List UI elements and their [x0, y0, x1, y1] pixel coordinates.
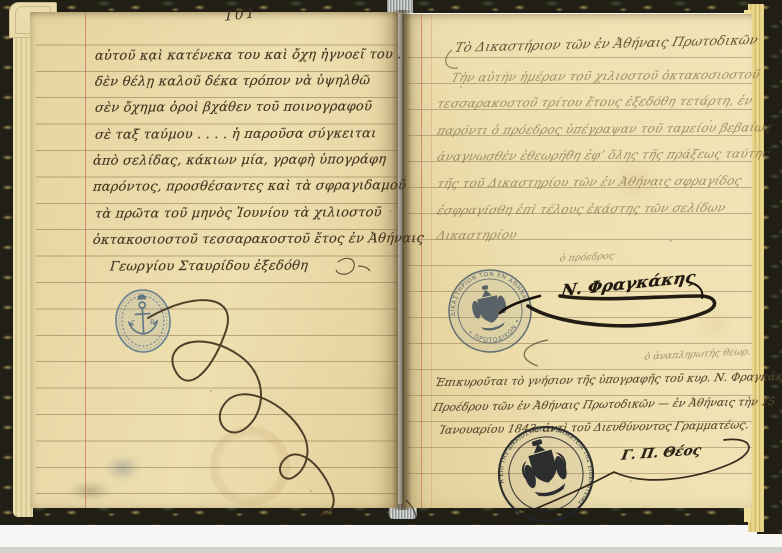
stamp-bleedthrough-ghost — [210, 426, 290, 506]
manuscript-line-faded: τῆς τοῦ Δικαστηρίου τῶν ἐν Ἀθήναις σφραγ… — [436, 174, 744, 189]
manuscript-line: ὀκτακοσιοστοῦ τεσσαρακοστοῦ ἔτος ἐν Ἀθήν… — [92, 232, 424, 247]
manuscript-line: αὐτοῦ καὶ κατένεκα του καὶ ὄχη ἠγνοεῖ το… — [94, 48, 402, 63]
manuscript-line-faded: ἀναγνωσθὲν ἐθεωρήθη ἐφ’ ὅλης τῆς πράξεως… — [436, 147, 771, 162]
scanner-edge-band — [0, 547, 782, 553]
manuscript-line: Γεωργίου Σταυρίδου ἐξεδόθη — [109, 259, 308, 273]
page-number: 101 — [224, 6, 257, 24]
anchor-seal-stamp: Γ Ρ — [110, 284, 176, 357]
margin-line-right-page — [421, 14, 422, 508]
manuscript-line-faded: τεσσαρακοστοῦ τρίτου ἔτους ἐξεδόθη τετάρ… — [436, 94, 754, 109]
grey-smudge — [60, 478, 120, 504]
manuscript-line-faded: παρόντι ὁ πρόεδρος ὑπέγραψαν τοῦ ταμείου… — [436, 121, 774, 136]
foxing-stain — [690, 300, 740, 346]
seal-letter-right: Ρ — [150, 318, 155, 326]
manuscript-line: σὲ ταξ ταύμου . . . . ἡ παροῦσα σύγκειτα… — [94, 127, 377, 141]
manuscript-line: ἀπὸ σελίδας, κάκιων μία, γραφὴ ὑπογράφη — [92, 153, 387, 168]
manuscript-line: δὲν θέλῃ καλοῦ δέκα τρόπον νὰ ὑψηλθῶ — [94, 74, 371, 88]
closing-word: Δικαστηρίου — [435, 229, 519, 242]
court-stamp: ΔΙΚΑΣΤΗΡΙΟΝ ΤΩΝ ΕΝ ΑΘΗΝΑΙΣ • ΠΡΩΤΟΔΙΚΩΝ … — [435, 256, 544, 365]
margin-line-right-page-inner — [431, 14, 432, 508]
manuscript-scan: 101 αὐτοῦ καὶ κατένεκα του καὶ ὄχη ἠγνοε… — [0, 0, 782, 553]
manuscript-line: παρόντος, προσθέσαντες καὶ τὰ σφραγιδαμο… — [92, 179, 406, 194]
manuscript-line-faded: Τὴν αὐτὴν ἡμέραν τοῦ χιλιοστοῦ ὀκτακοσιο… — [450, 68, 762, 83]
seal-letter-left: Γ — [131, 319, 135, 327]
margin-line-left-page — [85, 12, 86, 508]
manuscript-line-faded: ἐσφραγίσθη ἐπὶ τέλους ἑκάστης τῶν σελίδω… — [436, 201, 727, 216]
manuscript-line: τὰ πρῶτα τοῦ μηνὸς Ἰουνίου τὰ χιλιοστοῦ — [94, 206, 382, 221]
manuscript-line: σὲν ὄχημα ὁροὶ βχάθεν τοῦ ποινογραφοῦ — [94, 100, 372, 114]
